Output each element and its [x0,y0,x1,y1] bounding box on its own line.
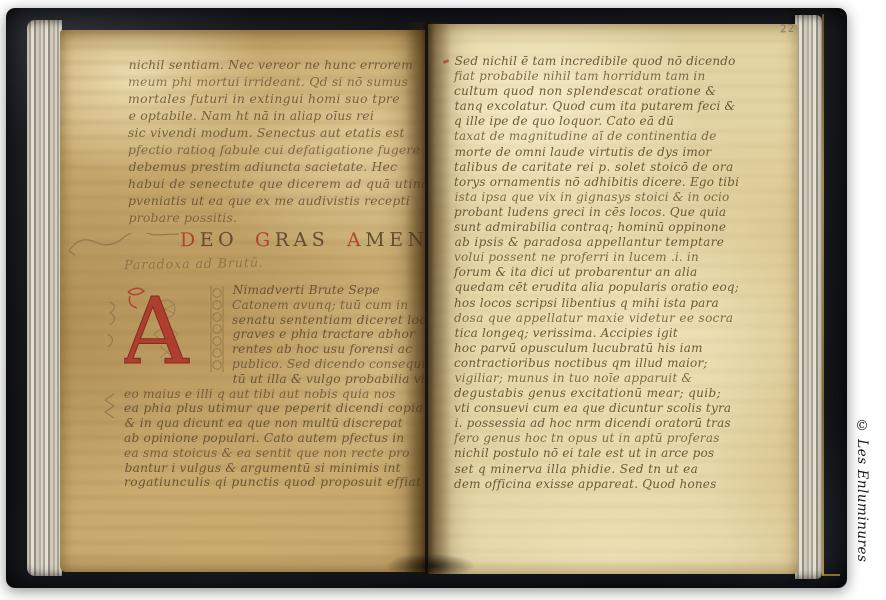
manuscript-text-line: ista ipsa que vix in gignasys stoici & i… [455,190,740,205]
manuscript-text-line: vti consuevi cum ea que dicuntur scolis … [454,401,739,416]
manuscript-text-line: meum phi mortui irrideant. Qd si nō sumu… [128,73,425,90]
rubric-word: DEO [180,229,238,251]
rubric-word: AMEN [347,229,425,252]
manuscript-text-line: probant ludens greci in cēs locos. Que q… [454,205,739,220]
manuscript-text-line: graves e phia tractare abhor [125,327,425,342]
manuscript-text-line: talibus de caritate rei p. solet stoicō … [454,160,739,175]
gold-fillet-line [822,14,824,576]
manuscript-text-line: pfectio ratioq fabule cui defatigatione … [128,141,425,158]
manuscript-text-line: nichil sentiam. Nec vereor ne hunc error… [129,56,425,73]
right-page: Sed nichil ē tam incredibile quod nō dic… [428,24,798,574]
manuscript-text-line: tū ut illa & vulgo probabilia viderentur… [125,372,425,387]
page-fore-edges-right [795,15,822,579]
manuscript-text-line: habui de senectute que dicerem ad quā ut… [128,175,425,192]
manuscript-text-line: fero genus hoc tn opus ut in aptū profer… [454,431,739,446]
manuscript-text-line: morte de omni laude virtutis de dys imor [455,145,740,160]
folio-number: 22 [780,23,796,36]
gold-fillet-corner [822,574,840,576]
manuscript-text-line: sic vivendi modum. Senectus aut etatis e… [128,124,425,141]
manuscript-text-line: ab ipsis & paradosa appellantur temptare [455,235,740,250]
manuscript-text-line: ea sma stoicus & ea sentit que non recte… [124,446,424,461]
manuscript-text-line: eo maius e illi q aut tibi aut nobis qui… [124,387,424,402]
manuscript-text-line: vigiliar; munus in tuo noīe apparuit & [455,371,740,386]
left-page-paragraph-2: A Nimadverti Brute SepeCatonem avunq; tu… [124,283,424,490]
manuscript-text-line: Nimadverti Brute Sepe [125,283,425,298]
manuscript-text-line: rogatiunculis qi punctis quod proposuit … [124,475,424,490]
manuscript-text-line: i. possessia ad hoc nrm dicendi oratorū … [455,416,740,431]
manuscript-text-line: nichil postulo nō ei tale est ut in arce… [454,446,739,461]
manuscript-text-line: dem officina exisse appareat. Quod hones [454,477,739,492]
page-fore-edges-left [27,20,62,576]
manuscript-text-line: rentes ab hoc usu forensi ac [124,342,424,357]
manuscript-text-line: tanq excolatur. Quod cum ita putarem fec… [455,99,740,114]
paragraph-2-full-lines: tū ut illa & vulgo probabilia viderentur… [124,372,424,490]
margin-pen-trials [100,298,122,428]
manuscript-text-line: pveniatis ut ea que ex me audivistis rec… [128,192,425,209]
manuscript-text-line: cultum quod non splendescat oratione & [454,84,739,99]
manuscript-text-line: mortales futuri in extingui homi suo tpr… [128,90,425,107]
manuscript-text-line: senatu sententiam diceret locos [124,313,424,328]
section-title-paradoxa: Paradoxa ad Brutū. [124,256,264,273]
manuscript-text-line: quedam cēt erudita alia popularis oratio… [455,280,740,295]
photo-credit: © Les Enluminures [854,418,870,562]
rubric-deo-gratias-amen: DEO GRAS AMEN [180,229,425,251]
manuscript-text-line: hoc parvū opusculum lucubratū his iam [454,341,739,356]
pen-flourish [66,233,182,257]
manuscript-text-line: volui possent ne proferri in lucem .i. i… [454,250,739,265]
left-page-paragraph-1: nichil sentiam. Nec vereor ne hunc error… [128,56,425,226]
manuscript-text-line: contractioribus noctibus qm illud maior; [454,356,739,371]
manuscript-text-line: sunt admirabilia contraq; hominū oppinon… [454,220,739,235]
manuscript-text-line: hos locos scripsi libentius q mihi ista … [454,296,739,311]
right-page-text-block: Sed nichil ē tam incredibile quod nō dic… [454,54,739,492]
manuscript-text-line: set q minerva illa phidie. Sed tn ut ea [455,462,740,477]
manuscript-text-line: & in qua dicunt ea que non multū discrep… [125,416,425,431]
manuscript-text-line: torys ornamentis nō adhibitis dicere. Eg… [454,175,739,190]
manuscript-text-line: probare possitis. [129,209,425,226]
manuscript-text-line: fiat probabile nihil tam horridum tam in [454,69,739,84]
manuscript-text-line: dosa que appellatur maxie videtur ee soc… [454,311,739,326]
manuscript-text-line: bantur i vulgus & argumentū si minimis i… [125,461,425,476]
rubric-word: GRAS [255,229,329,252]
manuscript-text-line: debemus prestim adiuncta sacietate. Hec [129,158,425,175]
manuscript-text-line: q ille ipe de quo loquor. Cato eā dū [454,114,739,129]
manuscript-text-line: Catonem avunq; tuū cum in [124,298,424,313]
paragraph-2-indented-lines: Nimadverti Brute SepeCatonem avunq; tuū … [124,283,424,372]
manuscript-text-line: forum & ita dici ut probarentur an alia [454,265,739,280]
manuscript-text-line: Sed nichil ē tam incredibile quod nō dic… [455,54,740,69]
manuscript-text-line: degustabis genus excitationū mear; quib; [454,386,739,401]
manuscript-text-line: publico. Sed dicendo consequi [124,357,424,372]
manuscript-text-line: taxat de magnitudine aī de continentia d… [454,129,739,144]
manuscript-text-line: tica longeq; verissima. Accipies igit [455,326,740,341]
manuscript-text-line: ea phia plus utimur que peperit dicendi … [124,401,424,416]
manuscript-photo: nichil sentiam. Nec vereor ne hunc error… [0,0,886,600]
manuscript-text-line: ab opinione populari. Cato autem pfectus… [124,431,424,446]
left-page: nichil sentiam. Nec vereor ne hunc error… [60,30,425,572]
manuscript-text-line: e optabile. Nam ht nā in aliap oīus rei [129,107,425,124]
